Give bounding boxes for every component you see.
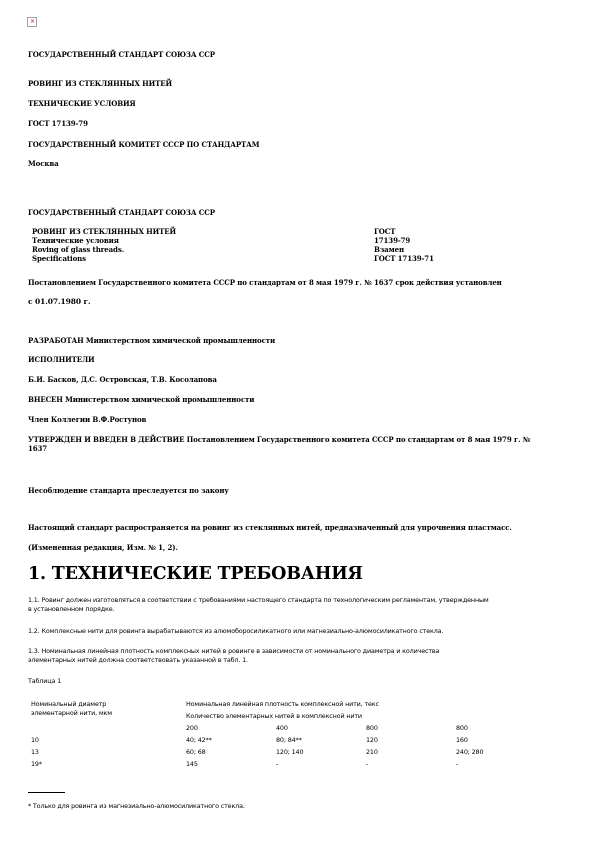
table-cell: 240; 280 (456, 748, 483, 757)
table-cell: - (456, 760, 458, 769)
revision-note: (Измененная редакция, Изм. № 1, 2). (28, 543, 178, 552)
scope-text: Настоящий стандарт распространяется на р… (28, 523, 512, 532)
table-group-header-line-1: Номинальная линейная плотность комплексн… (186, 700, 379, 709)
doc-code: ГОСТ 17139-79 (28, 119, 88, 128)
table-cell: - (366, 760, 368, 769)
para-1-3-line-2: элементарных нитей должна соответствоват… (28, 656, 248, 665)
table-cell: 160 (456, 736, 468, 745)
law-notice: Несоблюдение стандарта преследуется по з… (28, 486, 229, 495)
introduced-by: ВНЕСЕН Министерством химической промышле… (28, 395, 254, 404)
doc-committee: ГОСУДАРСТВЕННЫЙ КОМИТЕТ СССР ПО СТАНДАРТ… (28, 140, 259, 149)
para-1-2: 1.2. Комплексные нити для ровинга выраба… (28, 627, 443, 636)
table-cell: - (276, 760, 278, 769)
table-cell-diameter: 19* (31, 760, 42, 769)
title-block-right-1: 17139-79 (374, 236, 410, 245)
title-block-heading: ГОСУДАРСТВЕННЫЙ СТАНДАРТ СОЮЗА ССР (28, 208, 215, 217)
approved-line-1: УТВЕРЖДЕН И ВВЕДЕН В ДЕЙСТВИЕ Постановле… (28, 435, 530, 444)
table-cell: 40; 42** (186, 736, 212, 745)
table-cell: 145 (186, 760, 198, 769)
table-cell: 120 (366, 736, 378, 745)
doc-city: Москва (28, 159, 59, 168)
developed-by: РАЗРАБОТАН Министерством химической пром… (28, 336, 275, 345)
title-block-left-0: РОВИНГ ИЗ СТЕКЛЯННЫХ НИТЕЙ (32, 227, 176, 236)
table-subheader: 400 (276, 724, 288, 733)
title-block-right-2: Взамен (374, 245, 404, 254)
para-1-1-line-2: в установленном порядке. (28, 605, 114, 614)
broken-image-icon: × (27, 17, 37, 27)
table-col1-header-line-1: Номинальный диаметр (31, 700, 106, 709)
table-cell: 80; 84** (276, 736, 302, 745)
table-cell: 210 (366, 748, 378, 757)
title-block-right-0: ГОСТ (374, 227, 395, 236)
table-cell-diameter: 10 (31, 736, 39, 745)
section-heading: 1. ТЕХНИЧЕСКИЕ ТРЕБОВАНИЯ (28, 563, 363, 585)
title-block-left-1: Технические условия (32, 236, 119, 245)
para-1-3-line-1: 1.3. Номинальная линейная плотность комп… (28, 647, 439, 656)
executors-label: ИСПОЛНИТЕЛИ (28, 355, 95, 364)
table-subheader: 200 (186, 724, 198, 733)
title-block-left-3: Specifications (32, 254, 86, 263)
table-col1-header-line-2: элементарной нити, мкм (31, 709, 112, 718)
table-subheader: 800 (456, 724, 468, 733)
table-cell: 120; 140 (276, 748, 303, 757)
executors-names: Б.И. Басков, Д.С. Островская, Т.В. Косол… (28, 375, 217, 384)
table-caption: Таблица 1 (28, 677, 61, 686)
table-group-header-line-2: Количество элементарных нитей в комплекс… (186, 712, 362, 721)
effective-date: с 01.07.1980 г. (28, 297, 90, 306)
decree-text: Постановлением Государственного комитета… (28, 278, 502, 287)
footnote-divider (28, 792, 65, 793)
doc-title-state-standard: ГОСУДАРСТВЕННЫЙ СТАНДАРТ СОЮЗА ССР (28, 50, 215, 59)
title-block-left-2: Roving of glass threads. (32, 245, 124, 254)
table-cell-diameter: 13 (31, 748, 39, 757)
doc-title-roving: РОВИНГ ИЗ СТЕКЛЯННЫХ НИТЕЙ (28, 79, 172, 88)
table-cell: 60; 68 (186, 748, 206, 757)
table-subheader: 800 (366, 724, 378, 733)
footnote: * Только для ровинга из магнезиально-алю… (28, 802, 245, 811)
para-1-1-line-1: 1.1. Ровинг должен изготовляться в соотв… (28, 596, 489, 605)
board-member: Член Коллегии В.Ф.Ростунов (28, 415, 146, 424)
title-block-right-3: ГОСТ 17139-71 (374, 254, 434, 263)
approved-line-2: 1637 (28, 444, 47, 453)
doc-title-tech-conditions: ТЕХНИЧЕСКИЕ УСЛОВИЯ (28, 99, 136, 108)
